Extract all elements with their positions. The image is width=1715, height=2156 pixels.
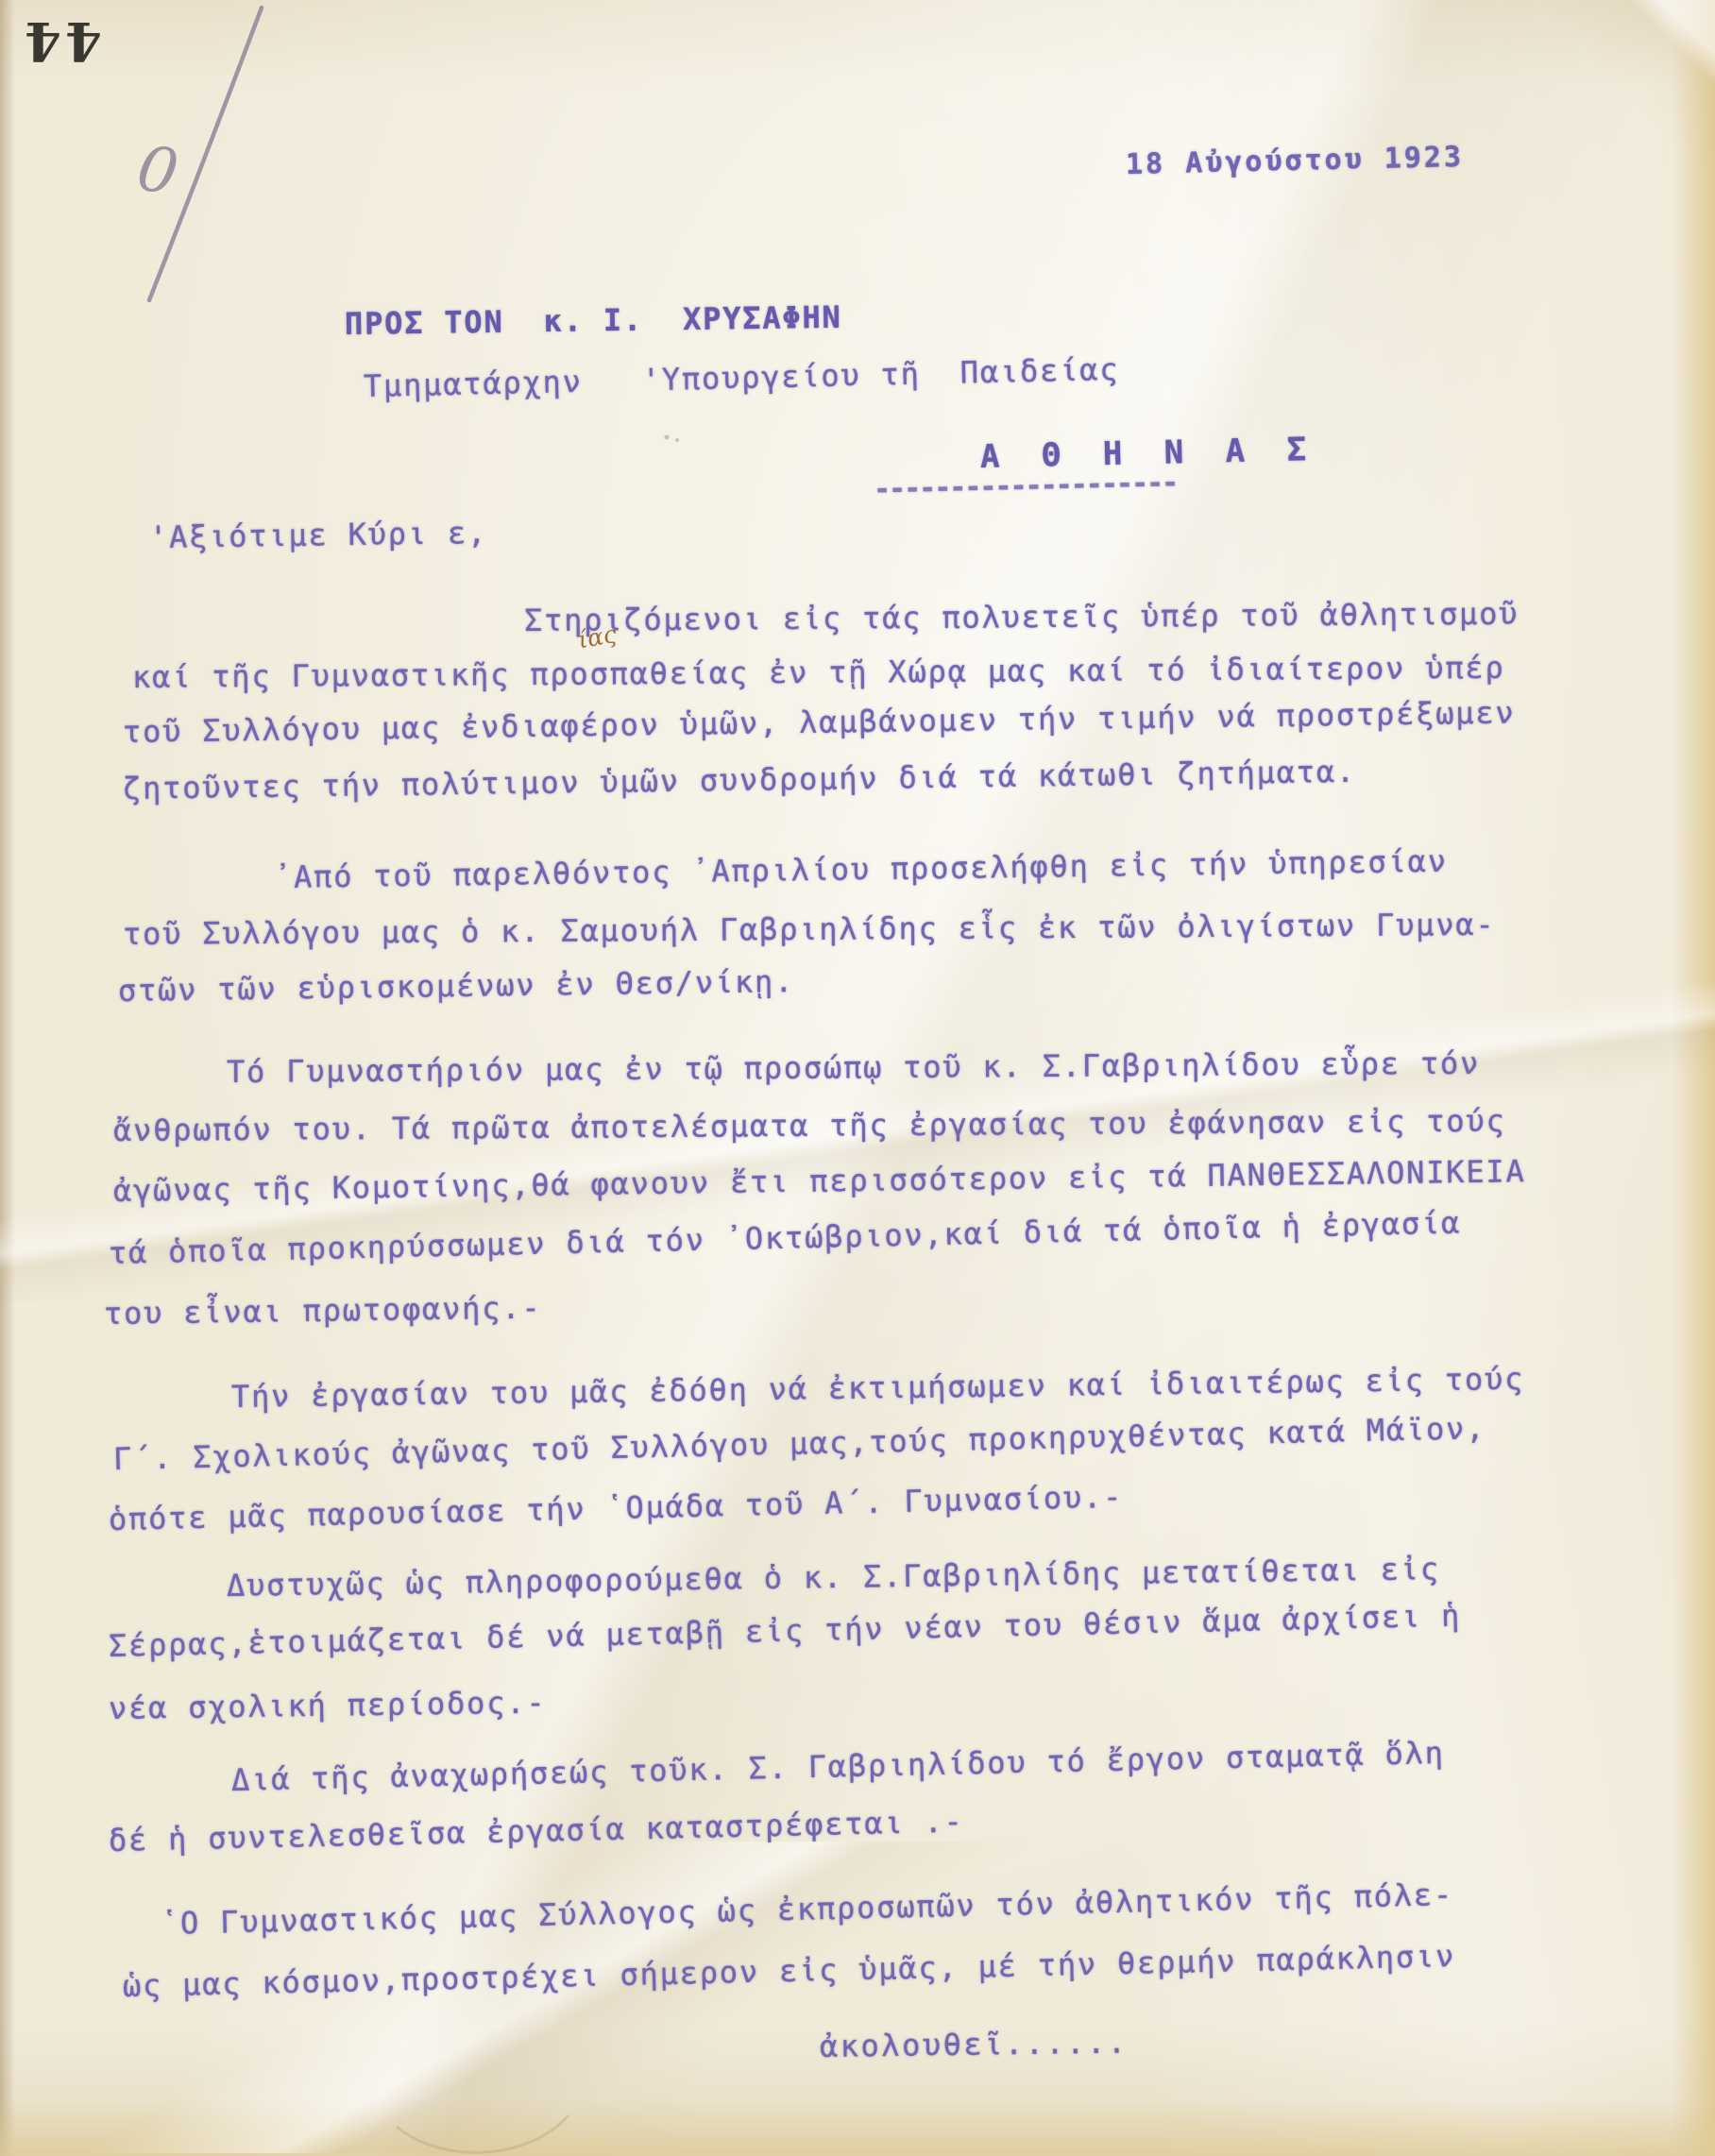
letter-scan-page: 44 0 18 Αὐγούστου 1923 ΠΡΟΣ ΤΟΝ κ. Ι. ΧΡ… [0, 0, 1715, 2156]
recipient-role-line: Τμηματάρχην 'Υπουργείου τῆ Παιδείας [364, 353, 1120, 403]
body-line: ζητοῦντες τήν πολύτιμον ὑμῶν συνδρομήν δ… [123, 755, 1356, 806]
page-number-stamp: 44 [21, 9, 102, 72]
body-line: ὁπότε μᾶς παρουσίασε τήν ῾Ομάδα τοῦ Α΄. … [109, 1481, 1124, 1537]
date-line: 18 Αὐγούστου 1923 [1126, 142, 1465, 180]
body-line: Διά τῆς ἀναχωρήσεώς τοῦκ. Σ. Γαβριηλίδου… [231, 1737, 1445, 1797]
pencil-zero-mark: 0 [132, 131, 184, 210]
body-line: του εἶναι πρωτοφανής.- [104, 1292, 542, 1332]
body-line: Σέρρας,ἑτοιμάζεται δέ νά μεταβῇ εἰς τήν … [109, 1600, 1462, 1664]
body-line: τοῦ Συλλόγου μας ὁ κ. Σαμουήλ Γαβριηλίδη… [123, 908, 1496, 951]
city-underline: -------------------- [874, 467, 1178, 505]
body-line: Γ΄. Σχολικούς ἀγῶνας τοῦ Συλλόγου μας,το… [113, 1412, 1486, 1476]
body-line: Στηριζόμενοι εἰς τάς πολυετεῖς ὑπέρ τοῦ … [524, 598, 1520, 638]
body-line: τοῦ Συλλόγου μας ἐνδιαφέρον ὑμῶν, λαμβάν… [123, 696, 1516, 749]
body-line: νέα σχολική περίοδος.- [109, 1687, 547, 1726]
body-line: Τήν ἐργασίαν του μᾶς ἐδόθη νά ἐκτιμήσωμε… [231, 1363, 1525, 1414]
body-line: καί τῆς Γυμναστικῆς προσπαθείας ἐν τῇ Χώ… [132, 652, 1505, 694]
body-line: Δυστυχῶς ὡς πληροφορούμεθα ὁ κ. Σ.Γαβριη… [227, 1553, 1440, 1603]
recipient-name-line: ΠΡΟΣ ΤΟΝ κ. Ι. ΧΡΥΣΑΦΗΝ [345, 301, 842, 342]
closing-note: ἀκολουθεῖ...... [820, 2026, 1129, 2063]
body-line: ᾿Από τοῦ παρελθόντος ᾿Απριλίου προσελήφθ… [274, 845, 1448, 895]
paper-fold-top-right [1394, 0, 1715, 217]
salutation: 'Αξιότιμε Κύρι ε, [149, 517, 488, 554]
